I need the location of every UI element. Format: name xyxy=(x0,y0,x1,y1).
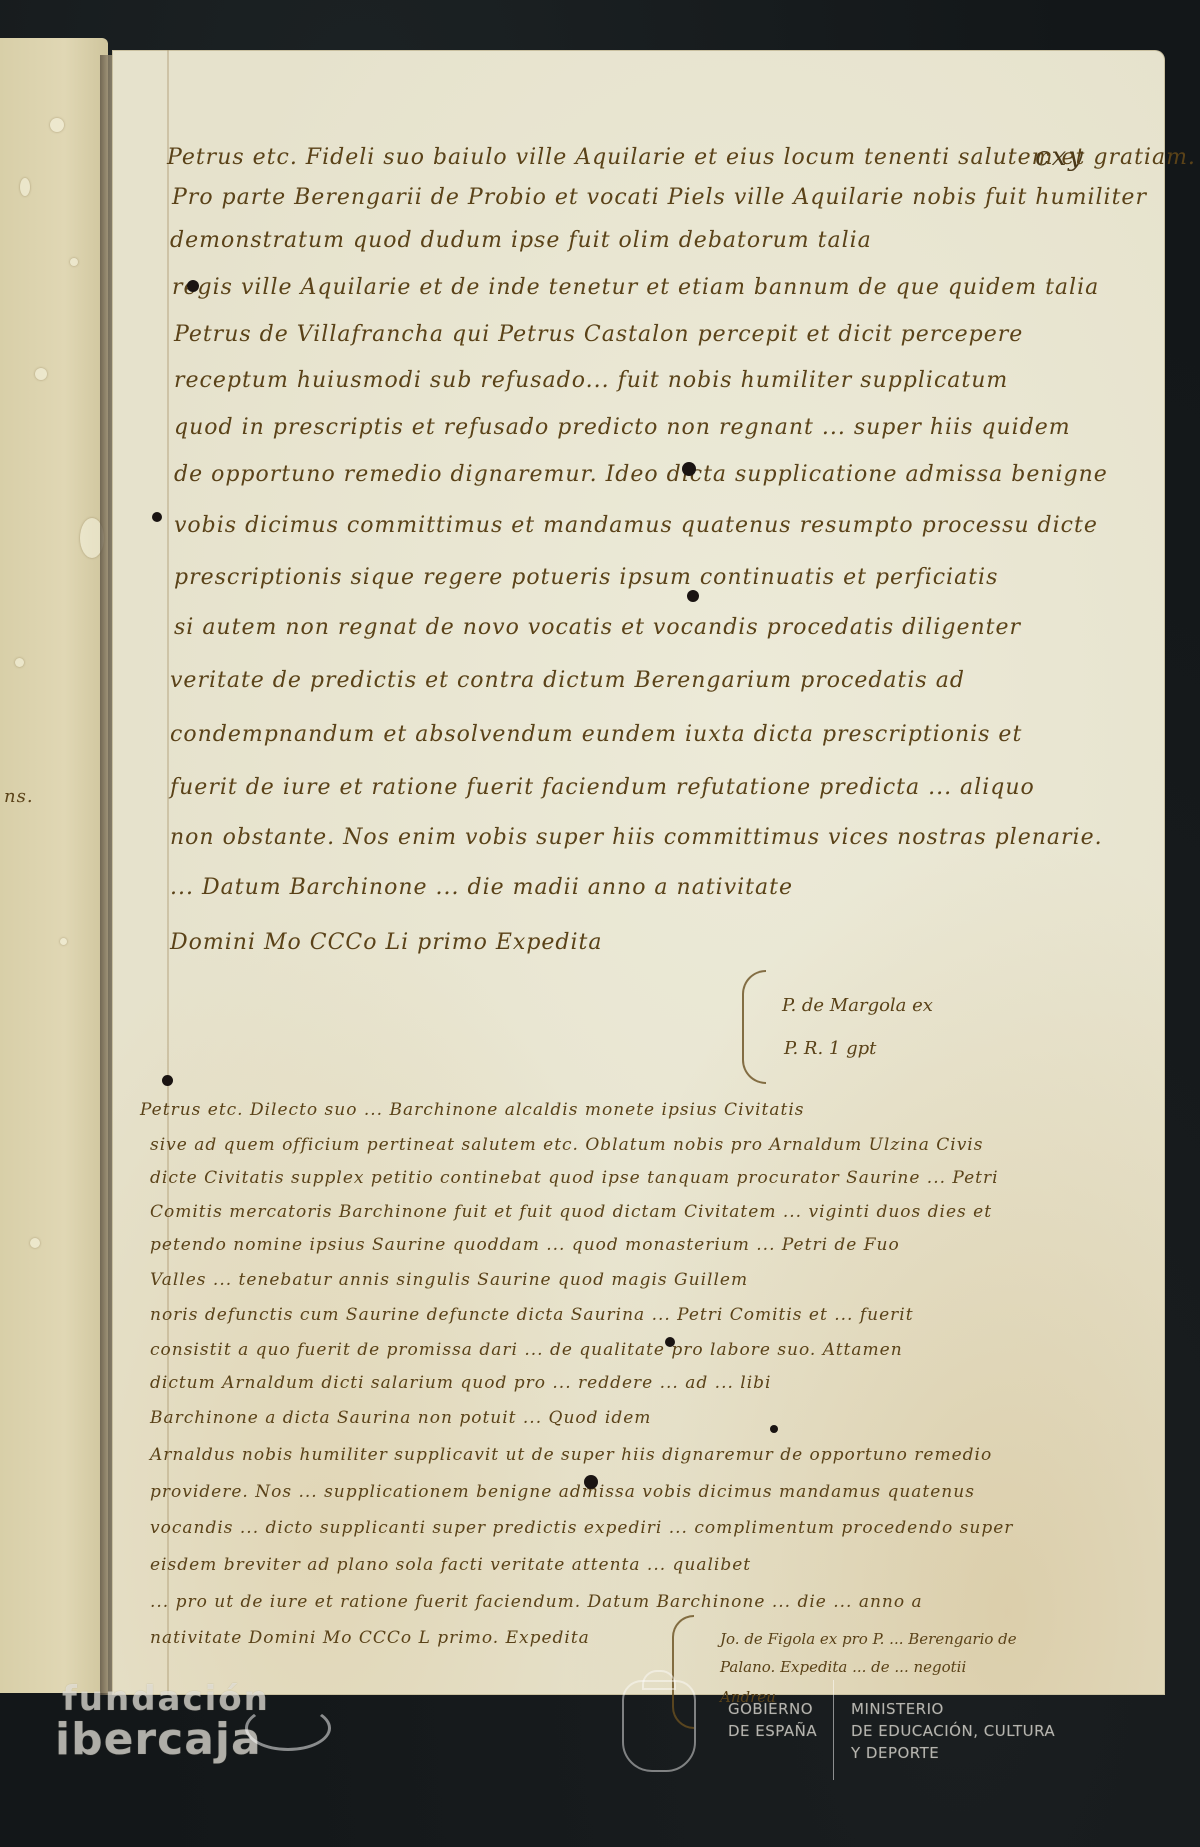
ministerio-line: Y DEPORTE xyxy=(851,1742,1055,1764)
wormhole xyxy=(665,1337,675,1347)
text-line: ... Datum Barchinone ... die madii anno … xyxy=(170,875,793,900)
text-line: noris defunctis cum Saurine defuncte dic… xyxy=(150,1305,914,1325)
text-line: providere. Nos ... supplicationem benign… xyxy=(150,1482,975,1502)
wormhole xyxy=(152,512,162,522)
watermark-divider xyxy=(833,1680,834,1780)
ministerio-watermark: MINISTERIO DE EDUCACIÓN, CULTURA Y DEPOR… xyxy=(851,1698,1055,1764)
text-line: prescriptionis sique regere potueris ips… xyxy=(174,565,998,590)
text-line: vocandis ... dicto supplicanti super pre… xyxy=(150,1518,1013,1538)
left-margin-fragment: ns. xyxy=(4,786,34,807)
text-line: dictum Arnaldum dicti salarium quod pro … xyxy=(150,1373,771,1393)
spanish-crest-icon xyxy=(622,1680,696,1772)
gobierno-watermark: GOBIERNO DE ESPAÑA xyxy=(728,1698,817,1742)
text-line: quod in prescriptis et refusado predicto… xyxy=(174,415,1071,440)
fundacion-watermark: fundación xyxy=(62,1682,270,1716)
text-line: receptum huiusmodi sub refusado... fuit … xyxy=(174,368,1008,393)
text-line: Pro parte Berengarii de Probio et vocati… xyxy=(172,185,1147,210)
ministerio-line: DE EDUCACIÓN, CULTURA xyxy=(851,1720,1055,1742)
wormhole xyxy=(687,590,699,602)
text-line: si autem non regnat de novo vocatis et v… xyxy=(174,615,1021,640)
signature-bracket xyxy=(742,970,766,1084)
text-line: Barchinone a dicta Saurina non potuit ..… xyxy=(150,1408,651,1428)
text-line: demonstratum quod dudum ipse fuit olim d… xyxy=(170,228,872,253)
text-line: fuerit de iure et ratione fuerit faciend… xyxy=(170,775,1035,800)
text-line: Petrus etc. Fideli suo baiulo ville Aqui… xyxy=(167,145,1196,170)
signature-line: Jo. de Figola ex pro P. ... Berengario d… xyxy=(720,1630,1017,1648)
wormhole xyxy=(770,1425,778,1433)
wormhole xyxy=(584,1475,598,1489)
text-line: eisdem breviter ad plano sola facti veri… xyxy=(150,1555,751,1575)
gobierno-line: DE ESPAÑA xyxy=(728,1720,817,1742)
wormhole xyxy=(162,1075,173,1086)
text-line: Petrus de Villafrancha qui Petrus Castal… xyxy=(174,322,1023,347)
text-line: veritate de predictis et contra dictum B… xyxy=(170,668,965,693)
text-line: petendo nomine ipsius Saurine quoddam ..… xyxy=(150,1235,900,1255)
text-line: de opportuno remedio dignaremur. Ideo di… xyxy=(174,462,1108,487)
manuscript-folio: cxy Petrus etc. Fideli suo baiulo ville … xyxy=(112,50,1165,1695)
text-line: Petrus etc. Dilecto suo ... Barchinone a… xyxy=(140,1100,805,1120)
text-line: ... pro ut de iure et ratione fuerit fac… xyxy=(150,1592,923,1612)
text-line: nativitate Domini Mo CCCo L primo. Exped… xyxy=(150,1628,590,1648)
text-line: dicte Civitatis supplex petitio contineb… xyxy=(150,1168,999,1188)
text-line: Arnaldus nobis humiliter supplicavit ut … xyxy=(150,1445,992,1465)
signature-line: P. R. 1 gpt xyxy=(784,1038,876,1059)
ibercaja-logo-icon xyxy=(245,1705,331,1751)
signature-line: Palano. Expedita ... de ... negotii xyxy=(720,1658,966,1676)
text-line: consistit a quo fuerit de promissa dari … xyxy=(150,1340,903,1360)
wormhole xyxy=(187,280,199,292)
text-line: condempnandum et absolvendum eundem iuxt… xyxy=(170,722,1022,747)
text-line: Domini Mo CCCo Li primo Expedita xyxy=(170,930,603,955)
ibercaja-watermark: ibercaja xyxy=(55,1718,262,1762)
text-line: Comitis mercatoris Barchinone fuit et fu… xyxy=(150,1202,992,1222)
text-line: vobis dicimus committimus et mandamus qu… xyxy=(174,513,1098,538)
ministerio-line: MINISTERIO xyxy=(851,1698,1055,1720)
left-facing-page: ns. xyxy=(0,38,108,1693)
wormhole xyxy=(682,462,696,476)
signature-line: P. de Margola ex xyxy=(782,995,933,1016)
text-line: Valles ... tenebatur annis singulis Saur… xyxy=(150,1270,748,1290)
text-line: non obstante. Nos enim vobis super hiis … xyxy=(170,825,1103,850)
text-line: regis ville Aquilarie et de inde tenetur… xyxy=(172,275,1099,300)
gobierno-line: GOBIERNO xyxy=(728,1698,817,1720)
text-line: sive ad quem officium pertineat salutem … xyxy=(150,1135,983,1155)
